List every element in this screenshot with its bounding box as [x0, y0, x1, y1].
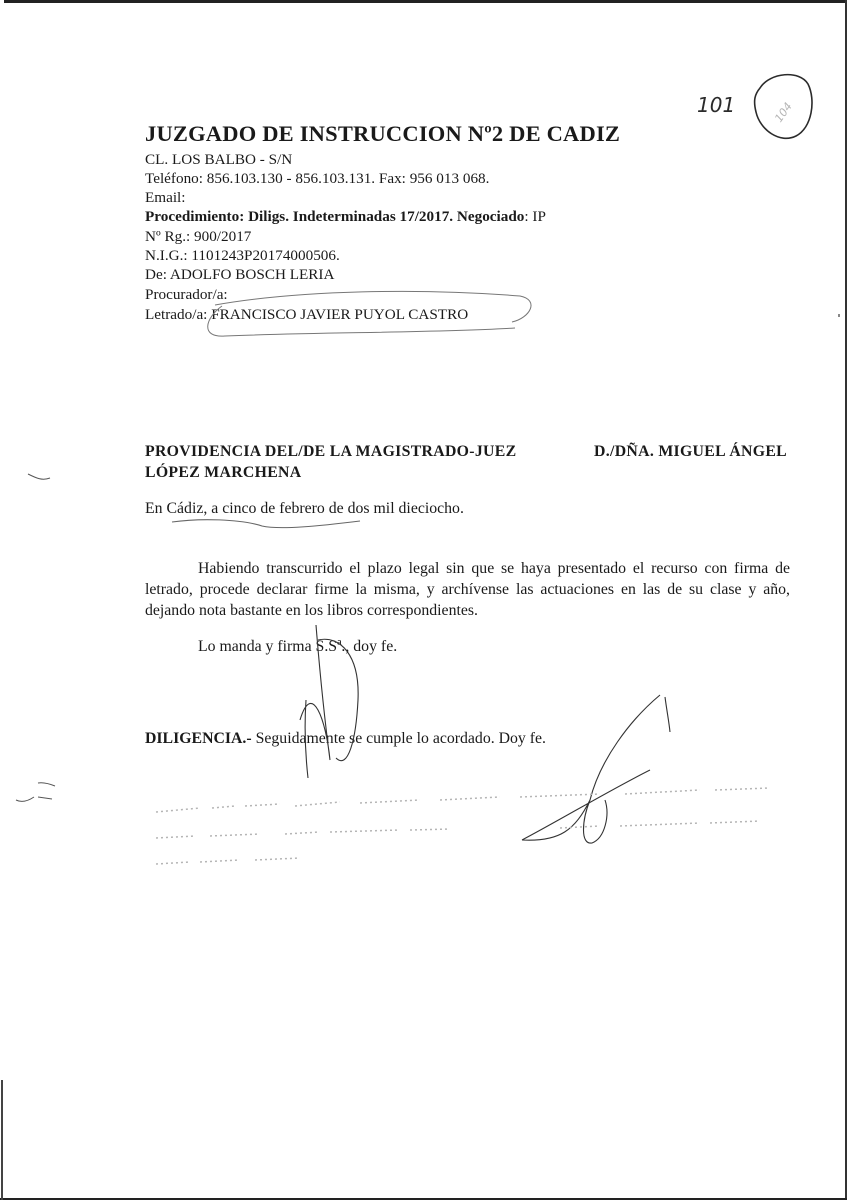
diligencia-label: DILIGENCIA.-	[145, 730, 252, 747]
procedure-line: Procedimiento: Diligs. Indeterminadas 17…	[145, 207, 546, 226]
margin-artifact-mark	[16, 783, 55, 802]
magistrate-prefix: D./DÑA. MIGUEL ÁNGEL	[594, 441, 787, 462]
closing-line: Lo manda y firma S.Sª., doy fe.	[198, 638, 397, 656]
diligencia-line: DILIGENCIA.- Seguidamente se cumple lo a…	[145, 730, 546, 748]
body-paragraph: Habiendo transcurrido el plazo legal sin…	[145, 558, 790, 621]
scan-edge-top	[4, 0, 847, 3]
procurador-label: Procurador/a:	[145, 285, 228, 304]
clerk-signature	[522, 695, 670, 843]
scan-edge-left	[1, 1080, 3, 1200]
court-phone-fax: Teléfono: 856.103.130 - 856.103.131. Fax…	[145, 169, 489, 188]
margin-artifact-mark	[28, 474, 50, 479]
court-email-label: Email:	[145, 188, 186, 207]
handwritten-page-number: 101	[697, 93, 735, 117]
court-title: JUZGADO DE INSTRUCCION Nº2 DE CADIZ	[145, 121, 620, 147]
margin-speck	[838, 314, 840, 317]
procedure-label: Procedimiento:	[145, 208, 244, 225]
letrado-line: Letrado/a: FRANCISCO JAVIER PUYOL CASTRO	[145, 305, 468, 324]
providencia-title: PROVIDENCIA DEL/DE LA MAGISTRADO-JUEZ	[145, 441, 516, 462]
magistrate-surname: LÓPEZ MARCHENA	[145, 462, 787, 483]
circled-folio-mark: 104	[755, 75, 812, 139]
faded-stamp-text	[156, 788, 770, 864]
party-de: De: ADOLFO BOSCH LERIA	[145, 265, 334, 284]
negociado-label: Negociado	[457, 208, 525, 225]
registro-number: Nº Rg.: 900/2017	[145, 227, 251, 246]
circled-folio-faded-number: 104	[772, 100, 795, 125]
providencia-heading: PROVIDENCIA DEL/DE LA MAGISTRADO-JUEZ D.…	[145, 441, 787, 483]
date-underline-mark	[172, 520, 360, 528]
date-line: En Cádiz, a cinco de febrero de dos mil …	[145, 500, 464, 518]
court-address: CL. LOS BALBO - S/N	[145, 150, 292, 169]
scanned-document-page: JUZGADO DE INSTRUCCION Nº2 DE CADIZ CL. …	[0, 0, 847, 1200]
diligencia-text: Seguidamente se cumple lo acordado. Doy …	[252, 730, 546, 747]
nig-number: N.I.G.: 1101243P20174000506.	[145, 246, 340, 265]
procedure-value: Diligs. Indeterminadas 17/2017.	[248, 208, 453, 225]
negociado-value: : IP	[524, 208, 546, 225]
body-paragraph-text: Habiendo transcurrido el plazo legal sin…	[145, 560, 790, 619]
